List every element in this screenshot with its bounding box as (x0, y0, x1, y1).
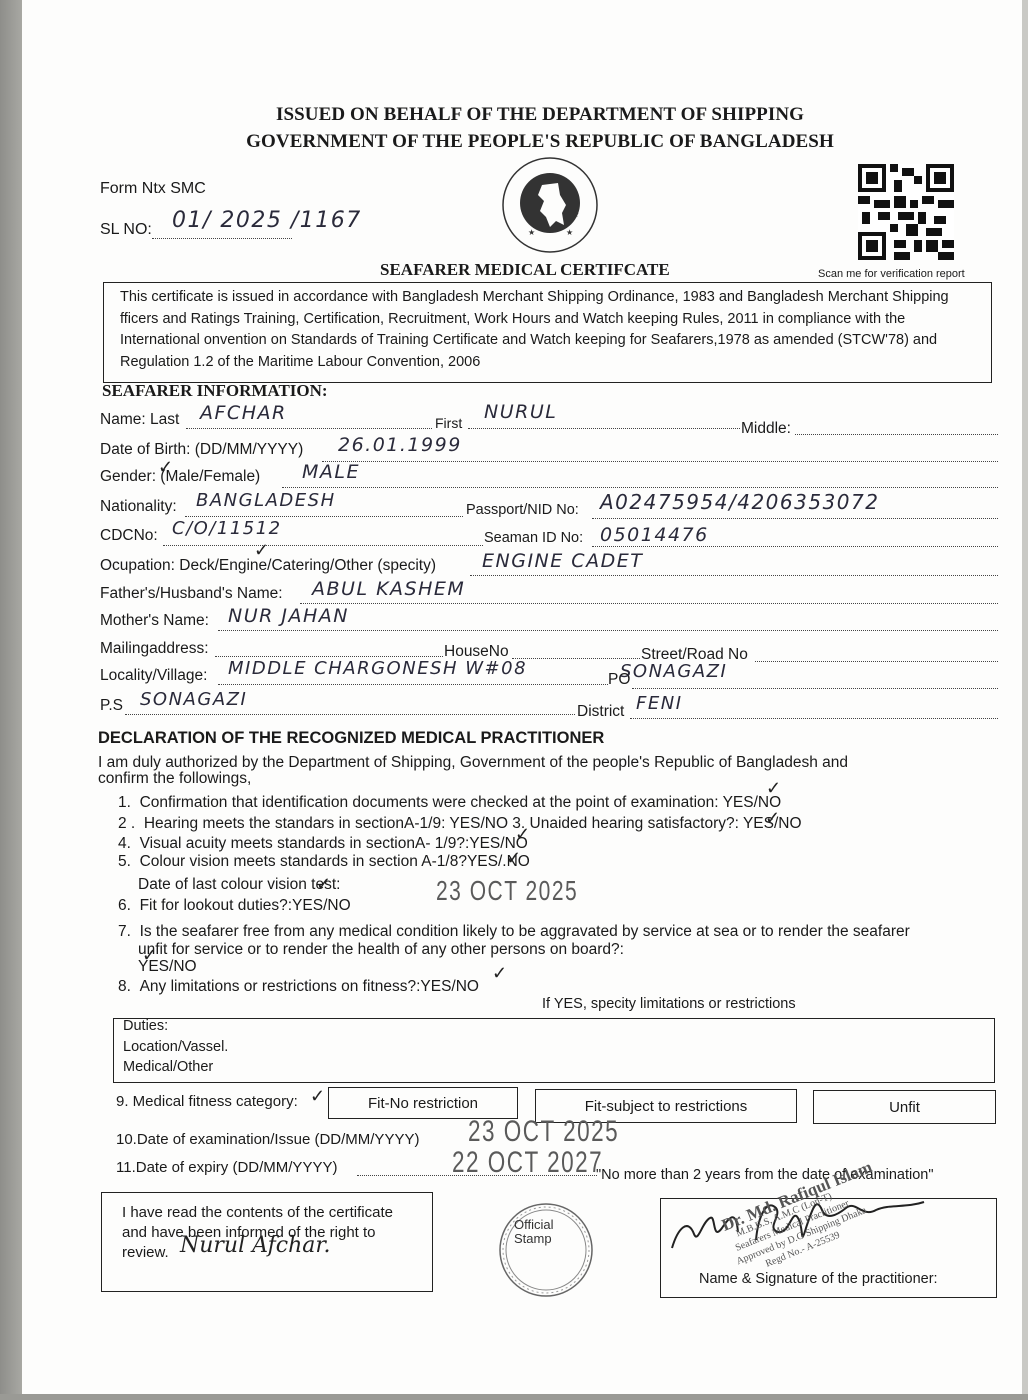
gender-dots (282, 487, 998, 488)
item7-check-mark-icon: ✓ (142, 945, 157, 966)
first-name-value: NURUL (484, 401, 557, 423)
item1-check-mark-icon: ✓ (766, 778, 781, 799)
restriction-duties: Duties: (123, 1018, 168, 1034)
seaman-id-label: Seaman ID No: (484, 530, 583, 546)
seafarer-acknowledgment-box: I have read the contents of the certific… (101, 1192, 433, 1292)
cdc-label: CDCNo: (100, 527, 158, 545)
ps-dots (125, 714, 575, 715)
declaration-item-6: 6. Fit for lookout duties?:YES/NO (118, 897, 351, 915)
seaman-id-dots (592, 546, 998, 547)
seafarer-section-title: SEAFARER INFORMATION: (102, 381, 328, 401)
certificate-title: SEAFARER MEDICAL CERTIFCATE (380, 260, 670, 280)
fitness-category-label: 9. Medical fitness category: (116, 1093, 298, 1110)
sl-dotted-line (152, 238, 292, 239)
ack-line-3: review. (122, 1244, 169, 1261)
fitness-check-mark-icon: ✓ (310, 1086, 325, 1107)
expiry-note: "No more than 2 years from the date of e… (596, 1167, 934, 1183)
last-name-dots (186, 428, 432, 429)
district-value: FENI (636, 693, 683, 714)
ps-value: SONAGAZI (140, 689, 247, 710)
stamp-text: Official Stamp (514, 1218, 554, 1246)
passport-label: Passport/NID No: (466, 502, 579, 518)
restriction-location: Location/Vassel. (123, 1039, 228, 1055)
father-name-label: Father's/Husband's Name: (100, 585, 283, 603)
middle-name-label: Middle: (741, 420, 791, 438)
first-name-label: First (435, 415, 462, 431)
expiry-date-stamp: 22 OCT 2027 (452, 1146, 603, 1180)
house-no-dots (512, 658, 640, 659)
form-label: Form Ntx SMC (100, 180, 206, 198)
first-name-dots (468, 428, 740, 429)
mother-name-value: NUR JAHAN (228, 605, 349, 627)
passport-value: A02475954/4206353072 (600, 490, 879, 514)
item5-check-mark-icon: ✓ (506, 848, 521, 869)
dob-label: Date of Birth: (DD/MM/YYYY) (100, 441, 303, 459)
svg-text:★: ★ (566, 228, 573, 237)
header-line-2: GOVERNMENT OF THE PEOPLE'S REPUBLIC OF B… (0, 131, 1028, 153)
ps-label: P.S (100, 697, 123, 715)
nationality-label: Nationality: (100, 498, 177, 516)
official-stamp-icon (496, 1200, 596, 1300)
svg-text:★: ★ (522, 210, 529, 219)
declaration-item-7-cont: unfit for service or to render the healt… (138, 941, 624, 959)
seafarer-signature: Nurul Afchar. (180, 1233, 330, 1258)
header-line-1: ISSUED ON BEHALF OF THE DEPARTMENT OF SH… (0, 104, 1028, 126)
colour-vision-date-stamp: 23 OCT 2025 (436, 875, 578, 907)
item3-check-mark-icon: ✓ (765, 808, 780, 829)
exam-date-stamp: 23 OCT 2025 (468, 1115, 619, 1149)
cdc-value: C/O/11512 (172, 518, 282, 539)
district-dots (630, 718, 998, 719)
ack-line-1: I have read the contents of the certific… (122, 1204, 393, 1221)
qr-code-icon (858, 164, 954, 260)
declaration-item-1: 1. Confirmation that identification docu… (118, 794, 781, 812)
gender-label: Gender: (Male/Female) (100, 468, 260, 486)
last-name-value: AFCHAR (200, 402, 287, 424)
verification-qr-code[interactable] (858, 164, 954, 260)
nationality-value: BANGLADESH (196, 490, 336, 511)
legal-basis-text: This certificate is issued in accordance… (120, 287, 980, 373)
fitness-option-unfit[interactable]: Unfit (813, 1090, 996, 1124)
emblem-icon: ★ ★ ★ ★ (500, 155, 600, 255)
occupation-dots (470, 575, 998, 576)
practitioner-label: Name & Signature of the practitioner: (699, 1271, 938, 1287)
locality-value: MIDDLE CHARGONESH W#08 (228, 658, 527, 679)
po-dots (632, 688, 998, 689)
seaman-id-value: 05014476 (600, 524, 709, 546)
government-emblem: ★ ★ ★ ★ (500, 155, 600, 255)
street-road-dots (755, 661, 998, 662)
official-stamp: Official Stamp (496, 1200, 596, 1300)
expiry-date-label: 11.Date of expiry (DD/MM/YYYY) (116, 1159, 337, 1176)
restrictions-box: Duties: Location/Vassel. Medical/Other (113, 1018, 995, 1083)
district-label: District (577, 703, 624, 721)
colour-vision-date-label: Date of last colour vision test: (138, 876, 340, 894)
scan-edge-bottom (0, 1394, 1028, 1400)
scan-edge-right (1022, 0, 1028, 1400)
svg-text:★: ★ (528, 228, 535, 237)
dob-dots (322, 461, 998, 462)
locality-label: Locality/Village: (100, 667, 207, 685)
mother-name-dots (218, 630, 998, 631)
declaration-item-8: 8. Any limitations or restrictions on fi… (118, 978, 479, 996)
dob-value: 26.01.1999 (338, 434, 462, 456)
occupation-value: ENGINE CADET (482, 550, 643, 572)
restrictions-note: If YES, specity limitations or restricti… (542, 996, 796, 1012)
male-check-mark-icon: ✓ (158, 457, 173, 478)
declaration-intro-2: confirm the followings, (98, 770, 251, 788)
item4-check-mark-icon: ✓ (515, 824, 530, 845)
nationality-dots (185, 516, 463, 517)
mother-name-label: Mother's Name: (100, 612, 209, 630)
sl-label: SL NO: (100, 221, 152, 239)
mailing-address-dots (215, 656, 443, 657)
item6-check-mark-icon: ✓ (316, 874, 331, 895)
cdc-dots (163, 545, 483, 546)
qr-caption: Scan me for verification report (818, 268, 965, 280)
declaration-item-4: 4. Visual acuity meets standards in sect… (118, 835, 528, 853)
gender-value: MALE (302, 461, 360, 483)
svg-text:★: ★ (572, 210, 579, 219)
passport-dots (592, 518, 998, 519)
father-name-value: ABUL KASHEM (312, 578, 465, 600)
po-value: SONAGAZI (620, 661, 727, 682)
sl-number: 01/ 2025 /1167 (172, 208, 362, 233)
exam-date-label: 10.Date of examination/Issue (DD/MM/YYYY… (116, 1131, 419, 1148)
declaration-item-2-3: 2 . Hearing meets the standars in sectio… (118, 815, 802, 833)
declaration-item-5: 5. Colour vision meets standards in sect… (118, 853, 530, 871)
declaration-item-7: 7. Is the seafarer free from any medical… (118, 923, 910, 941)
father-name-dots (300, 603, 998, 604)
restriction-medical: Medical/Other (123, 1059, 213, 1075)
engine-check-mark-icon: ✓ (254, 540, 269, 561)
item8-check-mark-icon: ✓ (492, 963, 507, 984)
legal-basis-box: This certificate is issued in accordance… (103, 282, 992, 383)
mailing-address-label: Mailingaddress: (100, 640, 209, 658)
middle-name-dots (795, 434, 998, 435)
scan-edge-left (0, 0, 22, 1400)
locality-dots (218, 684, 608, 685)
declaration-title: DECLARATION OF THE RECOGNIZED MEDICAL PR… (98, 729, 604, 748)
last-name-label: Name: Last (100, 411, 179, 429)
